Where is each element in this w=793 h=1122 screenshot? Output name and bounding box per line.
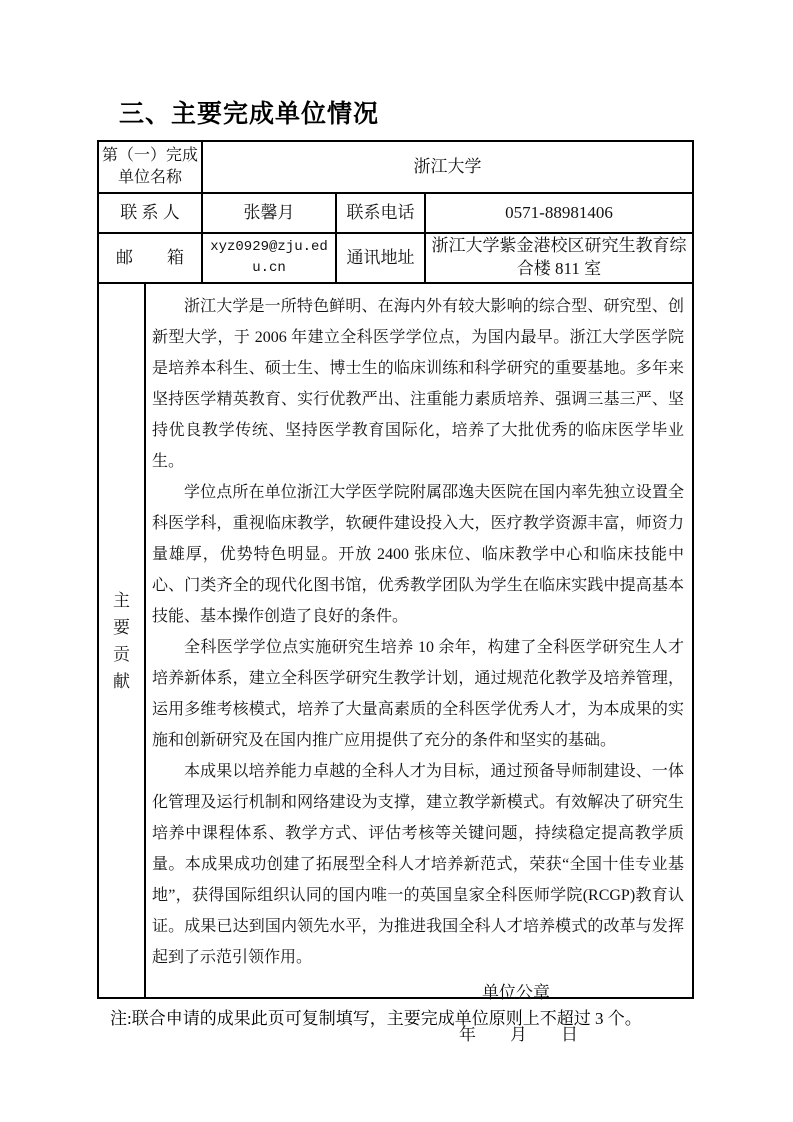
page-title: 三、主要完成单位情况 xyxy=(119,94,379,130)
contribution-label-char: 献 xyxy=(113,668,130,695)
table-row-contact: 联 系 人 张馨月 联系电话 0571-88981406 xyxy=(99,192,692,232)
email-label: 邮 箱 xyxy=(99,234,203,282)
footnote: 注:联合申请的成果此页可复制填写，主要完成单位原则上不超过 3 个。 xyxy=(110,1004,642,1029)
table-row-contribution: 主 要 贡 献 浙江大学是一所特色鲜明、在海内外有较大影响的综合型、研究型、创新… xyxy=(99,282,692,997)
document-page: 三、主要完成单位情况 第（一）完成单位名称 浙江大学 联 系 人 张馨月 联系电… xyxy=(0,0,793,1122)
first-unit-label: 第（一）完成单位名称 xyxy=(99,142,203,192)
contact-person-label: 联 系 人 xyxy=(99,194,203,232)
phone-value: 0571-88981406 xyxy=(426,194,692,232)
email-value: xyz0929@zju.edu.cn xyxy=(203,234,337,282)
table-row-unit-name: 第（一）完成单位名称 浙江大学 xyxy=(99,142,692,192)
contribution-label-char: 贡 xyxy=(113,641,130,668)
contribution-label: 主 要 贡 献 xyxy=(99,284,146,997)
first-unit-name: 浙江大学 xyxy=(203,142,692,192)
contribution-paragraph: 学位点所在单位浙江大学医学院附属邵逸夫医院在国内率先独立设置全科医学科，重视临床… xyxy=(152,477,684,632)
contribution-paragraph: 本成果以培养能力卓越的全科人才为目标，通过预备导师制建设、一体化管理及运行机制和… xyxy=(152,756,684,973)
contact-person-value: 张馨月 xyxy=(203,194,337,232)
contribution-label-char: 主 xyxy=(113,587,130,614)
unit-info-table: 第（一）完成单位名称 浙江大学 联 系 人 张馨月 联系电话 0571-8898… xyxy=(97,140,694,999)
contribution-paragraph: 浙江大学是一所特色鲜明、在海内外有较大影响的综合型、研究型、创新型大学，于 20… xyxy=(152,291,684,477)
contribution-text: 浙江大学是一所特色鲜明、在海内外有较大影响的综合型、研究型、创新型大学，于 20… xyxy=(146,284,692,997)
table-row-email-address: 邮 箱 xyz0929@zju.edu.cn 通讯地址 浙江大学紫金港校区研究生… xyxy=(99,232,692,282)
contribution-paragraph: 全科医学学位点实施研究生培养 10 余年，构建了全科医学研究生人才培养新体系，建… xyxy=(152,632,684,756)
address-value: 浙江大学紫金港校区研究生教育综合楼 811 室 xyxy=(426,234,692,282)
phone-label: 联系电话 xyxy=(337,194,426,232)
contribution-label-char: 要 xyxy=(113,614,130,641)
address-label: 通讯地址 xyxy=(337,234,426,282)
